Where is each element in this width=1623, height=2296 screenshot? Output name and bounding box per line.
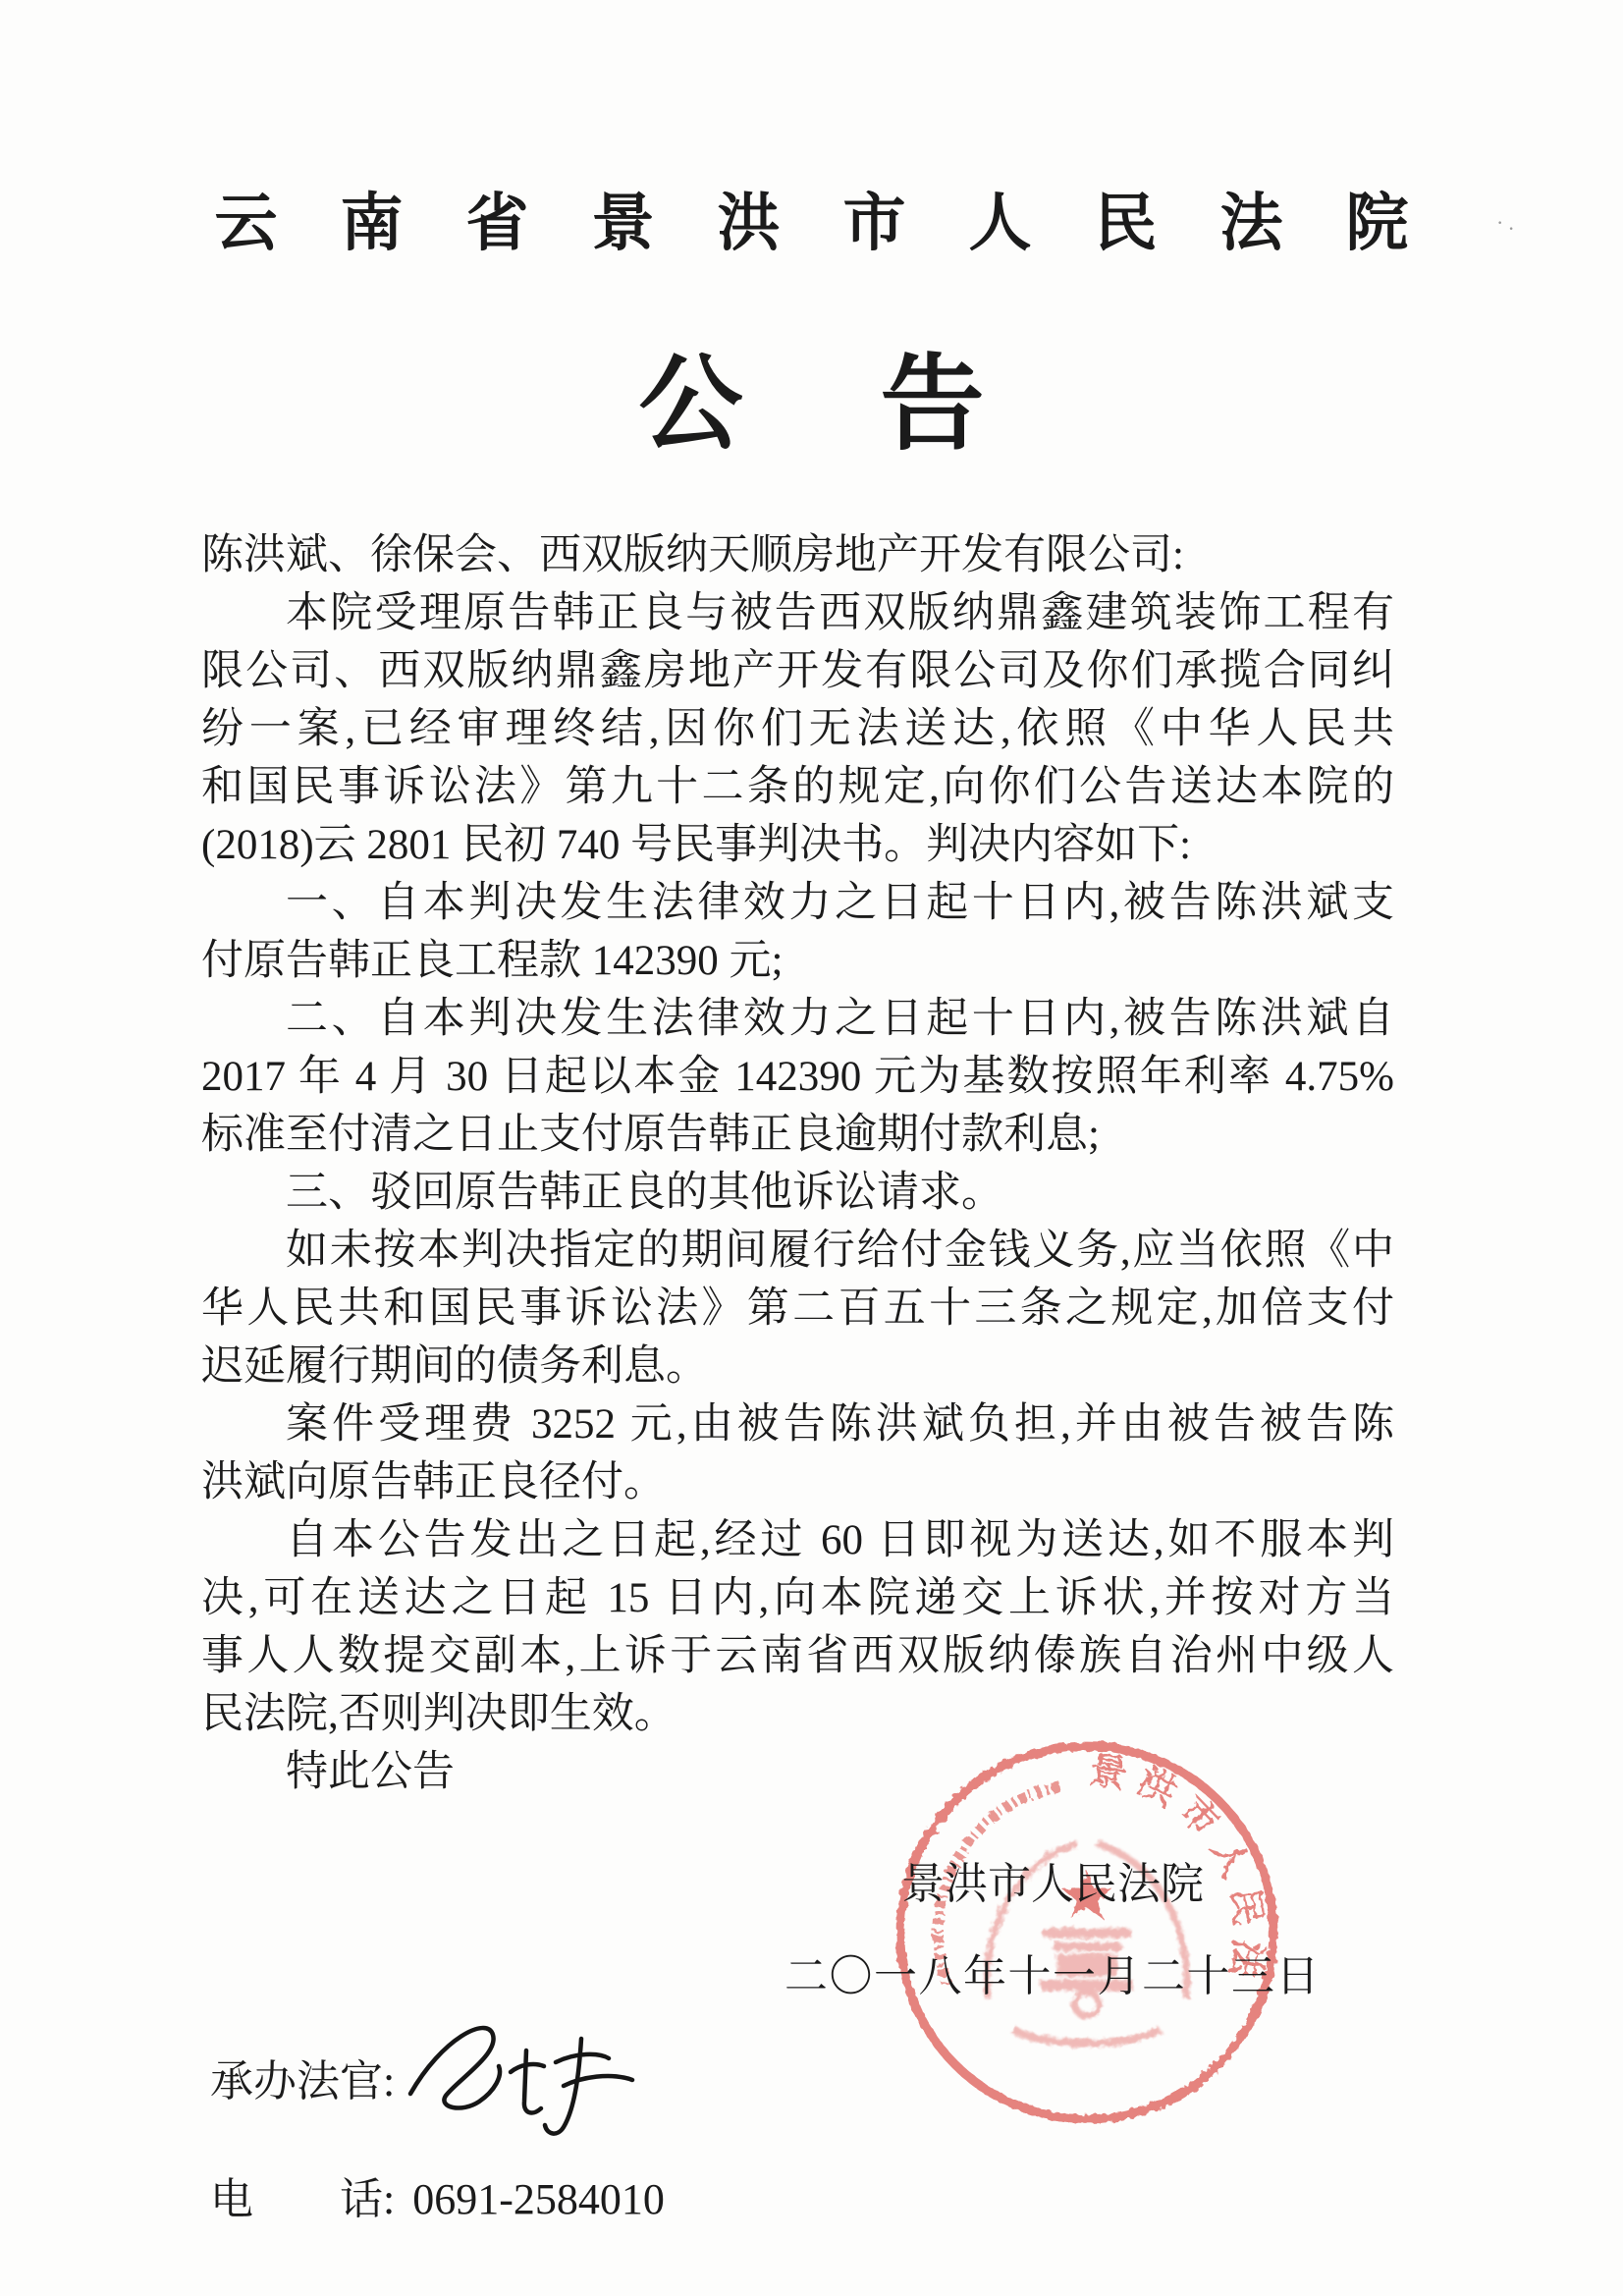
body-line: 标准至付清之日止支付原告韩正良逾期付款利息; <box>201 1106 1394 1164</box>
body-line: 陈洪斌、徐保会、西双版纳天顺房地产开发有限公司: <box>201 526 1394 584</box>
announcement-title: 公告 <box>0 354 1623 458</box>
body-line: 三、驳回原告韩正良的其他诉讼请求。 <box>201 1164 1394 1222</box>
body-line: 纷一案,已经审理终结,因你们无法送达,依照《中华人民共 <box>201 700 1394 758</box>
body-line: 如未按本判决指定的期间履行给付金钱义务,应当依照《中 <box>201 1222 1394 1280</box>
court-title: 云南省景洪市人民法院 <box>0 192 1623 255</box>
body-line: 和国民事诉讼法》第九十二条的规定,向你们公告送达本院的 <box>201 758 1394 816</box>
body-line: 限公司、西双版纳鼎鑫房地产开发有限公司及你们承揽合同纠 <box>201 642 1394 700</box>
signature-icon <box>401 2011 656 2159</box>
court-seal-icon: 景洪市人民法院 <box>887 1732 1287 2133</box>
scan-speck: ·. <box>1496 210 1519 236</box>
judge-signature <box>401 2011 656 2159</box>
body-line: 付原告韩正良工程款 142390 元; <box>201 932 1394 990</box>
body-line: 自本公告发出之日起,经过 60 日即视为送达,如不服本判 <box>201 1511 1394 1569</box>
phone-label: 电 话: <box>210 2175 395 2223</box>
body-line: 一、自本判决发生法律效力之日起十日内,被告陈洪斌支 <box>201 874 1394 932</box>
body-line: 迟延履行期间的债务利息。 <box>201 1338 1394 1395</box>
announcement-body: 陈洪斌、徐保会、西双版纳天顺房地产开发有限公司: 本院受理原告韩正良与被告西双版… <box>201 526 1394 1801</box>
body-line: 华人民共和国民事诉讼法》第二百五十三条之规定,加倍支付 <box>201 1280 1394 1338</box>
document-page: 云南省景洪市人民法院 公告 ·. 陈洪斌、徐保会、西双版纳天顺房地产开发有限公司… <box>0 0 1623 2296</box>
body-line: 本院受理原告韩正良与被告西双版纳鼎鑫建筑装饰工程有 <box>201 584 1394 642</box>
judge-label: 承办法官: <box>210 2060 395 2104</box>
body-line: 2017 年 4 月 30 日起以本金 142390 元为基数按照年利率 4.7… <box>201 1048 1394 1106</box>
body-line: 案件受理费 3252 元,由被告陈洪斌负担,并由被告被告陈 <box>201 1395 1394 1453</box>
phone-row: 电 话:0691-2584010 <box>210 2178 665 2221</box>
body-line: (2018)云 2801 民初 740 号民事判决书。判决内容如下: <box>201 816 1394 874</box>
phone-number: 0691-2584010 <box>412 2175 665 2223</box>
body-line: 二、自本判决发生法律效力之日起十日内,被告陈洪斌自 <box>201 990 1394 1048</box>
body-line: 决,可在送达之日起 15 日内,向本院递交上诉状,并按对方当 <box>201 1569 1394 1627</box>
body-line: 洪斌向原告韩正良径付。 <box>201 1453 1394 1511</box>
official-seal-stamp: 景洪市人民法院 <box>887 1732 1287 2133</box>
closing-date: 二〇一八年十一月二十三日 <box>784 1955 1321 1998</box>
body-line: 事人人数提交副本,上诉于云南省西双版纳傣族自治州中级人 <box>201 1627 1394 1685</box>
closing-court-name: 景洪市人民法院 <box>901 1863 1204 1906</box>
